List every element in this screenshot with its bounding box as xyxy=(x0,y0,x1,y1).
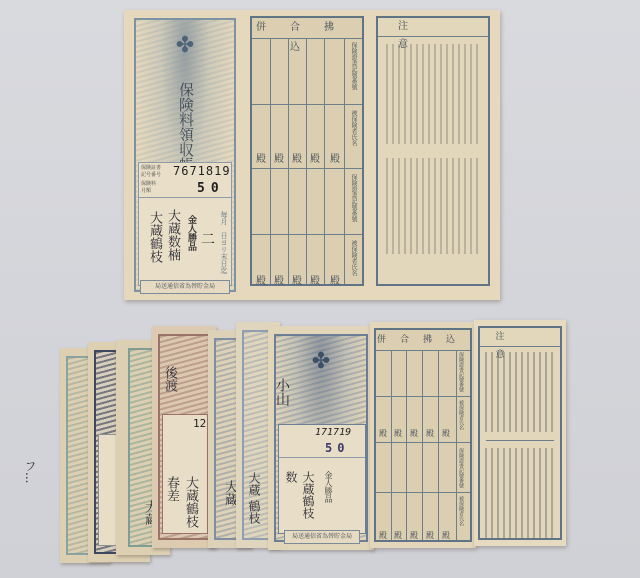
bottom-combined-payment-panel: 併合拂込 保険證書記號番號 被保険者氏名 保険證書記號番號 被保険者氏名 殿 殿… xyxy=(370,322,476,548)
date-text: 毎月 日ヨリ末日迄 xyxy=(219,211,229,277)
den-label: 殿 xyxy=(330,150,340,165)
grid-col xyxy=(270,38,271,284)
den-label: 殿 xyxy=(394,530,402,541)
label-insured-name: 被保険者氏名 xyxy=(347,110,359,146)
den-label: 殿 xyxy=(310,272,320,287)
grid-col xyxy=(438,350,439,540)
grid-row xyxy=(252,168,362,169)
den-label: 殿 xyxy=(256,150,266,165)
combined-payment-panel: 併合拂込 保険證書記號番號 被保険者氏名 保険證書記號番號 被保険者氏名 殿 殿… xyxy=(244,10,371,300)
grid-col xyxy=(344,38,345,284)
receipt-stub-4: 後渡 12 大蔵鶴枝 春差 xyxy=(152,326,216,548)
stamp-text: 金人勝品 xyxy=(323,471,334,503)
den-label: 殿 xyxy=(292,272,302,287)
stub-handwriting-top: 後渡 xyxy=(160,366,179,392)
form-divider xyxy=(279,457,365,458)
notes-text-block xyxy=(386,44,480,144)
den-label: 殿 xyxy=(394,428,402,439)
grid-col xyxy=(306,38,307,284)
notes-text-block xyxy=(485,448,555,538)
receipt-stub-7: ✤ 小山 171719 50 大蔵鶴枝 数 金人勝品 局送通信省為替貯金局 xyxy=(268,326,374,550)
den-label: 殿 xyxy=(410,530,418,541)
cover-panel: ✤ 保険料領収帳 保険証書記号番号 7671819 保険料月額 50 大蔵鶴枝 … xyxy=(124,10,245,300)
kanji-two: 二 xyxy=(201,229,215,249)
den-label: 殿 xyxy=(256,272,266,287)
den-label: 殿 xyxy=(426,530,434,541)
stub-number: 12 xyxy=(193,417,206,430)
notes-text-block xyxy=(386,158,480,254)
issuer-footer: 局送通信省為替貯金局 xyxy=(284,530,360,544)
stub-handwriting: 大蔵 鶴枝 xyxy=(246,472,263,524)
stub-handwriting: 大蔵鶴枝 春差 xyxy=(162,476,200,536)
label-cert-number: 保険證書記號番號 xyxy=(347,42,359,90)
notes-divider xyxy=(486,440,554,441)
den-label: 殿 xyxy=(426,428,434,439)
emblem-icon: ✤ xyxy=(170,34,200,58)
receipt-form: 保険証書記号番号 7671819 保険料月額 50 大蔵鶴枝 大蔵数楠 金人勝品… xyxy=(138,162,232,286)
stub-handwriting: フ... xyxy=(22,460,39,483)
label-cert-number: 保険證書記號番號 xyxy=(455,448,467,488)
issuer-footer: 局送通信省為替貯金局 xyxy=(140,280,230,294)
bottom-notes-panel: 注意 xyxy=(474,320,566,546)
den-label: 殿 xyxy=(410,428,418,439)
label-insured-name: 被保険者氏名 xyxy=(455,400,467,430)
den-label: 殿 xyxy=(274,272,284,287)
notes-header: 注意 xyxy=(480,328,560,347)
grid-col xyxy=(406,350,407,540)
label-cert-number: 保険證書記號番號 xyxy=(347,174,359,222)
notes-box: 注意 xyxy=(376,16,490,286)
label-premium: 保険料月額 xyxy=(141,181,163,195)
grid-row xyxy=(252,104,362,105)
notes-header: 注意 xyxy=(378,18,488,37)
premium-amount: 50 xyxy=(197,181,225,196)
grid-row xyxy=(376,442,470,443)
notes-box: 注意 xyxy=(478,326,562,540)
den-label: 殿 xyxy=(379,530,387,541)
grid-row xyxy=(376,396,470,397)
serial-number: 7671819 xyxy=(173,164,231,178)
den-label: 殿 xyxy=(310,150,320,165)
grid-header: 併合拂込 xyxy=(376,330,470,351)
top-receipt-book: ✤ 保険料領収帳 保険証書記号番号 7671819 保険料月額 50 大蔵鶴枝 … xyxy=(124,10,500,300)
grid-row xyxy=(376,492,470,493)
cover-title: 保険料領収帳 xyxy=(176,82,194,172)
label-insured-name: 被保険者氏名 xyxy=(347,240,359,276)
emblem-icon: ✤ xyxy=(306,350,336,374)
handwritten-name-2: 大蔵数楠 xyxy=(163,209,182,269)
den-label: 殿 xyxy=(379,428,387,439)
grid-row xyxy=(252,234,362,235)
stub-serial-number: 171719 xyxy=(315,427,351,438)
label-insured-name: 被保険者氏名 xyxy=(455,496,467,526)
grid-col xyxy=(422,350,423,540)
stub-form: 171719 50 大蔵鶴枝 数 金人勝品 xyxy=(278,424,366,534)
label-certificate: 保険証書記号番号 xyxy=(141,165,163,179)
label-cert-number: 保険證書記號番號 xyxy=(455,352,467,392)
grid-col xyxy=(391,350,392,540)
grid-col xyxy=(288,38,289,284)
grid-header: 併合拂込 xyxy=(252,18,362,39)
notes-panel: 注意 xyxy=(370,10,496,300)
den-label: 殿 xyxy=(330,272,340,287)
stub-amount: 50 xyxy=(325,441,349,455)
stub-handwriting-top: 小山 xyxy=(272,378,292,406)
den-label: 殿 xyxy=(292,150,302,165)
stub-handwriting: 大蔵鶴枝 数 xyxy=(283,471,317,529)
grid-col xyxy=(324,38,325,284)
payment-grid: 併合拂込 保険證書記號番號 被保険者氏名 保険證書記號番號 被保険者氏名 殿 殿… xyxy=(374,328,472,542)
stamp-text: 金人勝品 xyxy=(185,215,198,251)
handwritten-name-1: 大蔵鶴枝 xyxy=(145,211,164,271)
den-label: 殿 xyxy=(274,150,284,165)
den-label: 殿 xyxy=(442,428,450,439)
form-divider xyxy=(139,197,231,198)
notes-text-block xyxy=(485,352,555,432)
den-label: 殿 xyxy=(442,530,450,541)
payment-grid: 併合拂込 保険證書記號番號 被保険者氏名 保険證書記號番號 被保険者氏名 殿 殿… xyxy=(250,16,364,286)
